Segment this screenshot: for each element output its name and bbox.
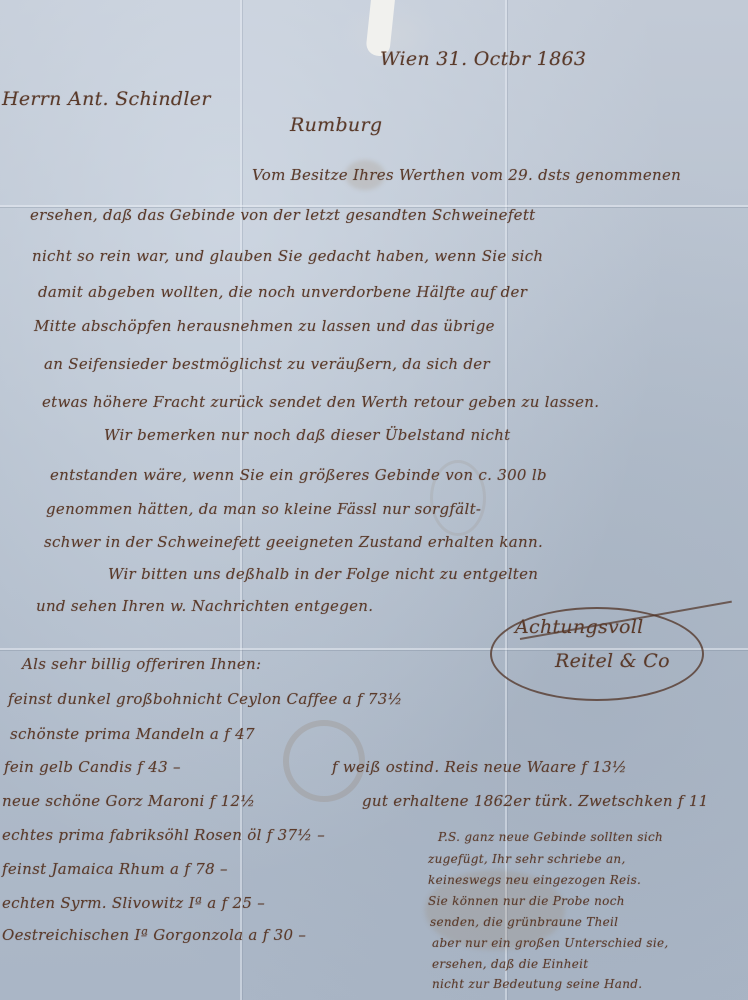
postscript-line: nicht zur Bedeutung seine Hand. [432,977,642,991]
body-line: schwer in der Schweinefett geeigneten Zu… [44,533,543,551]
offer-item: fein gelb Candis f 43 – [4,758,181,776]
place-date: Wien 31. Octbr 1863 [380,48,586,70]
offer-heading: Als sehr billig offeriren Ihnen: [22,655,261,673]
recipient-town: Rumburg [290,114,382,136]
body-line: etwas höhere Fracht zurück sendet den We… [42,393,599,411]
postscript-line: aber nur ein großen Unterschied sie, [432,936,669,950]
postscript-line: keineswegs neu eingezogen Reis. [428,873,641,887]
body-line: Mitte abschöpfen herausnehmen zu lassen … [34,317,495,335]
offer-item: feinst Jamaica Rhum a f 78 – [2,860,228,878]
postscript-line: P.S. ganz neue Gebinde sollten sich [438,830,663,844]
offer-item: schönste prima Mandeln a f 47 [10,725,255,743]
body-line: nicht so rein war, und glauben Sie gedac… [32,247,543,265]
body-line: Wir bemerken nur noch daß dieser Übelsta… [104,426,511,444]
body-line: Wir bitten uns deßhalb in der Folge nich… [108,565,538,583]
body-line: an Seifensieder bestmöglichst zu veräuße… [44,355,490,373]
offer-item: f weiß ostind. Reis neue Waare f 13½ [332,758,627,776]
postscript-line: zugefügt, Ihr sehr schriebe an, [428,852,626,866]
postscript-line: senden, die grünbraune Theil [430,915,618,929]
offer-item: gut erhaltene 1862er türk. Zwetschken f … [362,792,709,810]
offer-item: echtes prima fabriksöhl Rosen öl f 37½ – [2,826,325,844]
offer-item: echten Syrm. Slivowitz Iª a f 25 – [2,894,265,912]
signature: Reitel & Co [555,650,670,672]
body-line: entstanden wäre, wenn Sie ein größeres G… [50,466,547,484]
recipient-name: Herrn Ant. Schindler [2,88,211,110]
body-line: und sehen Ihren w. Nachrichten entgegen. [36,597,373,615]
body-line: Vom Besitze Ihres Werthen vom 29. dsts g… [252,166,681,184]
body-line: ersehen, daß das Gebinde von der letzt g… [30,206,536,224]
letter-paper: Wien 31. Octbr 1863 Herrn Ant. Schindler… [0,0,748,1000]
offer-item: feinst dunkel großbohnicht Ceylon Caffee… [8,690,402,708]
closing: Achtungsvoll [515,616,644,638]
fold-line [505,0,507,1000]
body-line: genommen hätten, da man so kleine Fässl … [46,500,481,518]
offer-item: neue schöne Gorz Maroni f 12½ [2,792,255,810]
postscript-line: Sie können nur die Probe noch [428,894,625,908]
offer-item: Oestreichischen Iª Gorgonzola a f 30 – [2,926,306,944]
body-line: damit abgeben wollten, die noch unverdor… [38,283,527,301]
postscript-line: ersehen, daß die Einheit [432,957,588,971]
